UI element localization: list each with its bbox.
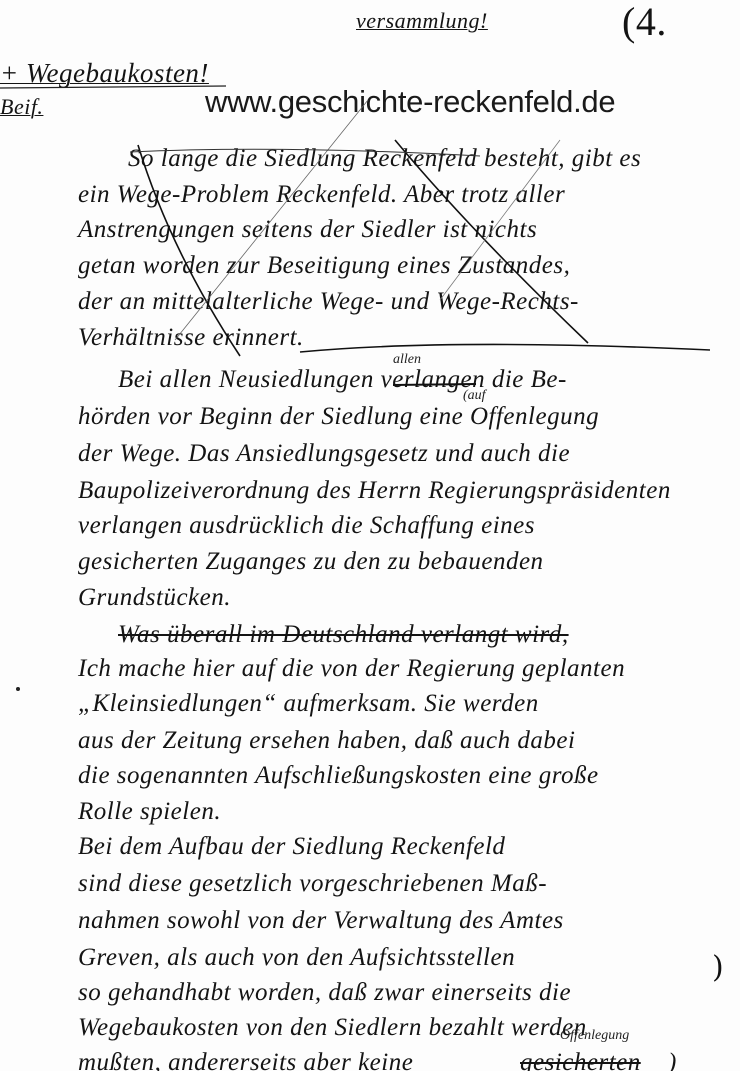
- document-page: versammlung! (4. + Wegebaukosten! Beif. …: [0, 0, 740, 1071]
- crossout-marks: [0, 0, 740, 1071]
